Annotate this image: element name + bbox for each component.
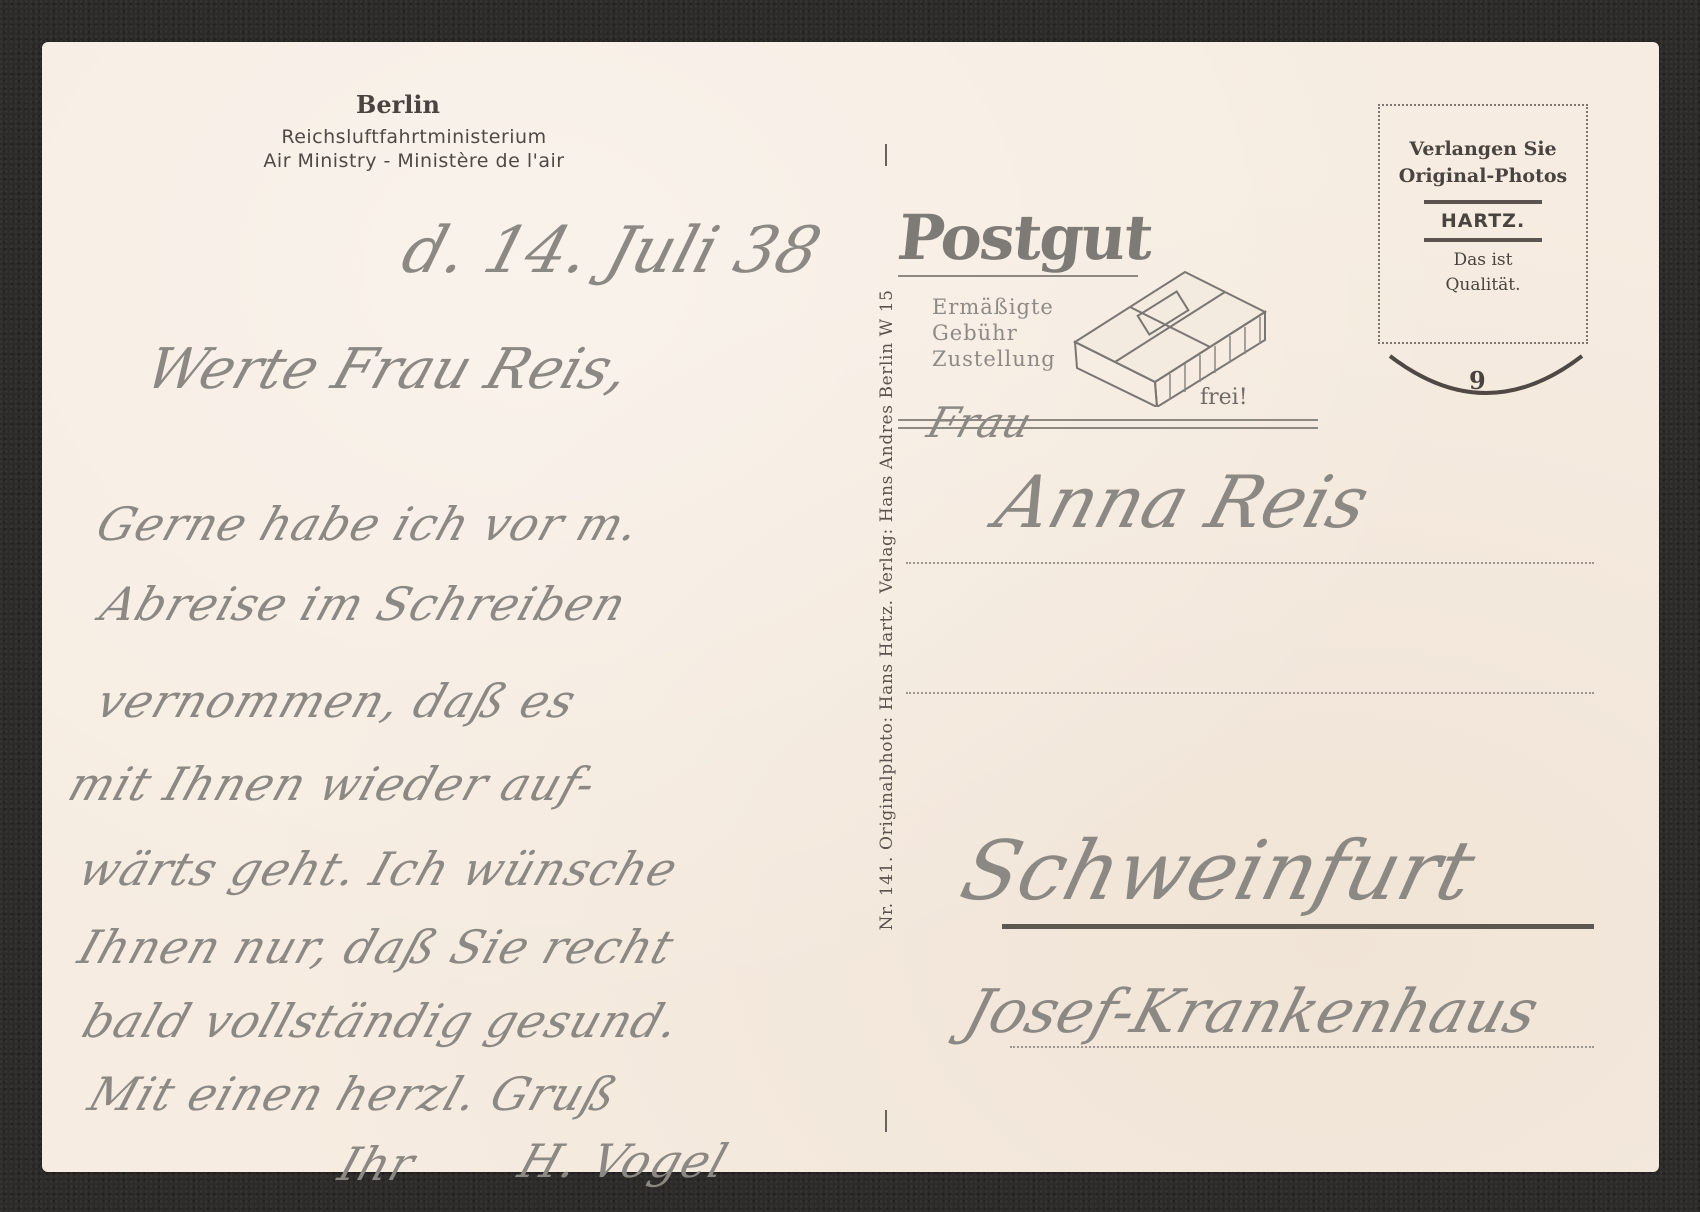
hartz-line: Das ist — [1380, 248, 1586, 273]
message-closing: Ihr — [332, 1137, 422, 1191]
divider-dash — [885, 144, 887, 166]
handwritten-date: d. 14. Juli 38 — [394, 214, 829, 288]
address-street: Josef-Krankenhaus — [957, 977, 1546, 1047]
postmark-arc — [1386, 350, 1586, 408]
postmark-line: Gebühr — [932, 321, 1018, 345]
message-line: Ihnen nur, daß Sie recht — [72, 920, 681, 974]
address-line — [1010, 1046, 1594, 1048]
message-line: bald vollständig gesund. — [76, 994, 687, 1048]
address-salutation: Frau — [922, 398, 1037, 447]
message-line: Abreise im Schreiben — [94, 577, 634, 631]
address-line — [906, 562, 1594, 564]
postmark-line: Ermäßigte — [932, 295, 1054, 319]
header-title-translations: Air Ministry - Ministère de l'air — [42, 150, 734, 172]
address-city-underline — [1002, 924, 1594, 929]
signature: H. Vogel — [512, 1134, 735, 1188]
message-line: mit Ihnen wieder auf- — [62, 757, 603, 811]
message-line: wärts geht. Ich wünsche — [72, 842, 685, 896]
message-line: vernommen, daß es — [90, 674, 583, 728]
postmark-number: 9 — [1469, 366, 1486, 395]
hartz-line: Original-Photos — [1380, 163, 1586, 190]
message-line: Mit einen herzl. Gruß — [82, 1067, 625, 1121]
hartz-brand: HARTZ. — [1380, 210, 1586, 232]
address-line — [906, 692, 1594, 694]
postcard: Berlin Reichsluftfahrtministerium Air Mi… — [42, 42, 1659, 1172]
header-city: Berlin — [42, 90, 682, 119]
hartz-line: Qualität. — [1380, 273, 1586, 298]
header-title-german: Reichsluftfahrtministerium — [42, 126, 734, 148]
postmark-line: Zustellung — [932, 347, 1056, 371]
hartz-divider — [1424, 200, 1542, 204]
hartz-line: Verlangen Sie — [1380, 136, 1586, 163]
hartz-stamp-box: Verlangen Sie Original-Photos HARTZ. Das… — [1378, 104, 1588, 344]
address-city: Schweinfurt — [952, 824, 1484, 919]
handwritten-salutation: Werte Frau Reis, — [138, 337, 638, 402]
hartz-divider — [1424, 238, 1542, 242]
message-line: Gerne habe ich vor m. — [90, 497, 648, 551]
parcel-icon — [1065, 232, 1285, 407]
divider-dash — [885, 1110, 887, 1132]
address-name: Anna Reis — [987, 460, 1378, 544]
